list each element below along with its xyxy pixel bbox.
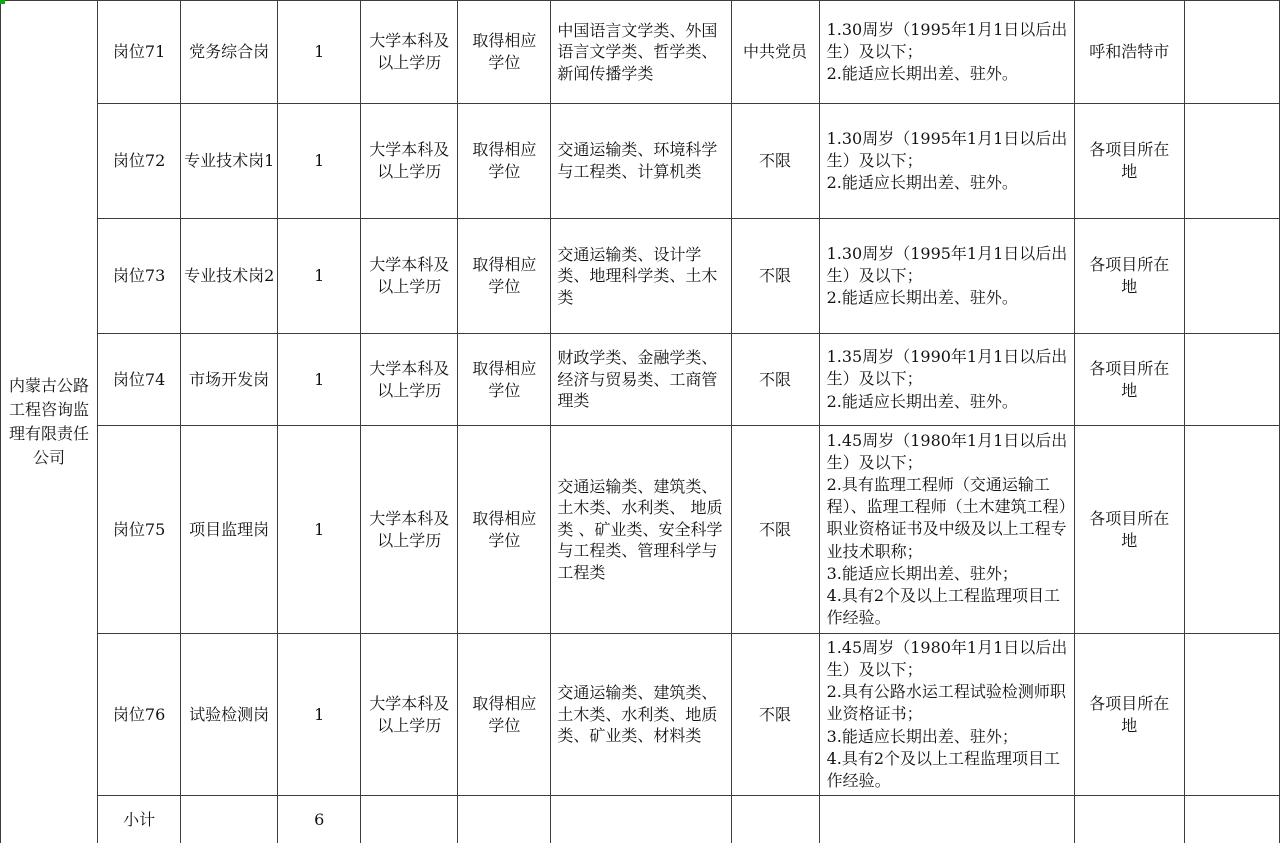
- location-cell: 各项目所在地: [1074, 219, 1184, 334]
- majors-cell: 交通运输类、建筑类、土木类、水利类、 地质类 、矿业类、安全科学与工程类、管理科…: [551, 426, 731, 634]
- empty-cell: [1184, 796, 1279, 843]
- headcount-cell: 1: [278, 219, 361, 334]
- remark-cell: [1184, 426, 1279, 634]
- post-id-cell: 岗位72: [98, 104, 181, 219]
- location-cell: 各项目所在地: [1074, 634, 1184, 796]
- empty-cell: [1074, 796, 1184, 843]
- post-id-cell: 岗位76: [98, 634, 181, 796]
- requirements-cell: 1.45周岁（1980年1月1日以后出生）及以下； 2.具有监理工程师（交通运输…: [819, 426, 1074, 634]
- subtotal-row: 小计 6: [1, 796, 1280, 843]
- recruitment-positions-table: 内蒙古公路工程咨询监理有限责任公司 岗位71 党务综合岗 1 大学本科及以上学历…: [0, 0, 1280, 843]
- remark-cell: [1184, 219, 1279, 334]
- requirements-cell: 1.30周岁（1995年1月1日以后出生）及以下； 2.能适应长期出差、驻外。: [819, 1, 1074, 104]
- post-id-cell: 岗位74: [98, 334, 181, 426]
- majors-cell: 财政学类、金融学类、经济与贸易类、工商管理类: [551, 334, 731, 426]
- majors-cell: 交通运输类、设计学类、地理科学类、土木类: [551, 219, 731, 334]
- political-status-cell: 不限: [731, 219, 819, 334]
- requirements-cell: 1.30周岁（1995年1月1日以后出生）及以下； 2.能适应长期出差、驻外。: [819, 104, 1074, 219]
- headcount-cell: 1: [278, 426, 361, 634]
- requirements-cell: 1.35周岁（1990年1月1日以后出生）及以下； 2.能适应长期出差、驻外。: [819, 334, 1074, 426]
- majors-cell: 中国语言文学类、外国语言文学类、哲学类、新闻传播学类: [551, 1, 731, 104]
- political-status-cell: 不限: [731, 634, 819, 796]
- empty-cell: [361, 796, 458, 843]
- remark-cell: [1184, 334, 1279, 426]
- majors-cell: 交通运输类、环境科学与工程类、计算机类: [551, 104, 731, 219]
- post-name-cell: 党务综合岗: [181, 1, 278, 104]
- post-name-cell: 试验检测岗: [181, 634, 278, 796]
- degree-cell: 取得相应学位: [458, 219, 551, 334]
- table-row: 岗位73 专业技术岗2 1 大学本科及以上学历 取得相应学位 交通运输类、设计学…: [1, 219, 1280, 334]
- spreadsheet-corner-accent: [0, 0, 5, 4]
- location-cell: 呼和浩特市: [1074, 1, 1184, 104]
- headcount-cell: 1: [278, 334, 361, 426]
- empty-cell: [181, 796, 278, 843]
- education-cell: 大学本科及以上学历: [361, 1, 458, 104]
- table-row: 岗位75 项目监理岗 1 大学本科及以上学历 取得相应学位 交通运输类、建筑类、…: [1, 426, 1280, 634]
- headcount-cell: 1: [278, 634, 361, 796]
- table-row: 岗位72 专业技术岗1 1 大学本科及以上学历 取得相应学位 交通运输类、环境科…: [1, 104, 1280, 219]
- location-cell: 各项目所在地: [1074, 426, 1184, 634]
- degree-cell: 取得相应学位: [458, 334, 551, 426]
- education-cell: 大学本科及以上学历: [361, 426, 458, 634]
- empty-cell: [458, 796, 551, 843]
- location-cell: 各项目所在地: [1074, 104, 1184, 219]
- subtotal-label-cell: 小计: [98, 796, 181, 843]
- political-status-cell: 不限: [731, 334, 819, 426]
- post-id-cell: 岗位73: [98, 219, 181, 334]
- post-id-cell: 岗位75: [98, 426, 181, 634]
- empty-cell: [731, 796, 819, 843]
- headcount-cell: 1: [278, 1, 361, 104]
- table-row: 岗位74 市场开发岗 1 大学本科及以上学历 取得相应学位 财政学类、金融学类、…: [1, 334, 1280, 426]
- post-id-cell: 岗位71: [98, 1, 181, 104]
- empty-cell: [819, 796, 1074, 843]
- requirements-cell: 1.45周岁（1980年1月1日以后出生）及以下； 2.具有公路水运工程试验检测…: [819, 634, 1074, 796]
- political-status-cell: 不限: [731, 426, 819, 634]
- degree-cell: 取得相应学位: [458, 104, 551, 219]
- headcount-cell: 1: [278, 104, 361, 219]
- majors-cell: 交通运输类、建筑类、土木类、水利类、地质类、矿业类、材料类: [551, 634, 731, 796]
- company-name-cell: 内蒙古公路工程咨询监理有限责任公司: [1, 1, 98, 843]
- subtotal-count-cell: 6: [278, 796, 361, 843]
- remark-cell: [1184, 634, 1279, 796]
- degree-cell: 取得相应学位: [458, 634, 551, 796]
- political-status-cell: 中共党员: [731, 1, 819, 104]
- education-cell: 大学本科及以上学历: [361, 634, 458, 796]
- education-cell: 大学本科及以上学历: [361, 219, 458, 334]
- empty-cell: [551, 796, 731, 843]
- requirements-cell: 1.30周岁（1995年1月1日以后出生）及以下； 2.能适应长期出差、驻外。: [819, 219, 1074, 334]
- post-name-cell: 项目监理岗: [181, 426, 278, 634]
- education-cell: 大学本科及以上学历: [361, 334, 458, 426]
- post-name-cell: 专业技术岗2: [181, 219, 278, 334]
- post-name-cell: 专业技术岗1: [181, 104, 278, 219]
- remark-cell: [1184, 104, 1279, 219]
- table-row: 内蒙古公路工程咨询监理有限责任公司 岗位71 党务综合岗 1 大学本科及以上学历…: [1, 1, 1280, 104]
- post-name-cell: 市场开发岗: [181, 334, 278, 426]
- political-status-cell: 不限: [731, 104, 819, 219]
- remark-cell: [1184, 1, 1279, 104]
- degree-cell: 取得相应学位: [458, 1, 551, 104]
- location-cell: 各项目所在地: [1074, 334, 1184, 426]
- education-cell: 大学本科及以上学历: [361, 104, 458, 219]
- table-row: 岗位76 试验检测岗 1 大学本科及以上学历 取得相应学位 交通运输类、建筑类、…: [1, 634, 1280, 796]
- degree-cell: 取得相应学位: [458, 426, 551, 634]
